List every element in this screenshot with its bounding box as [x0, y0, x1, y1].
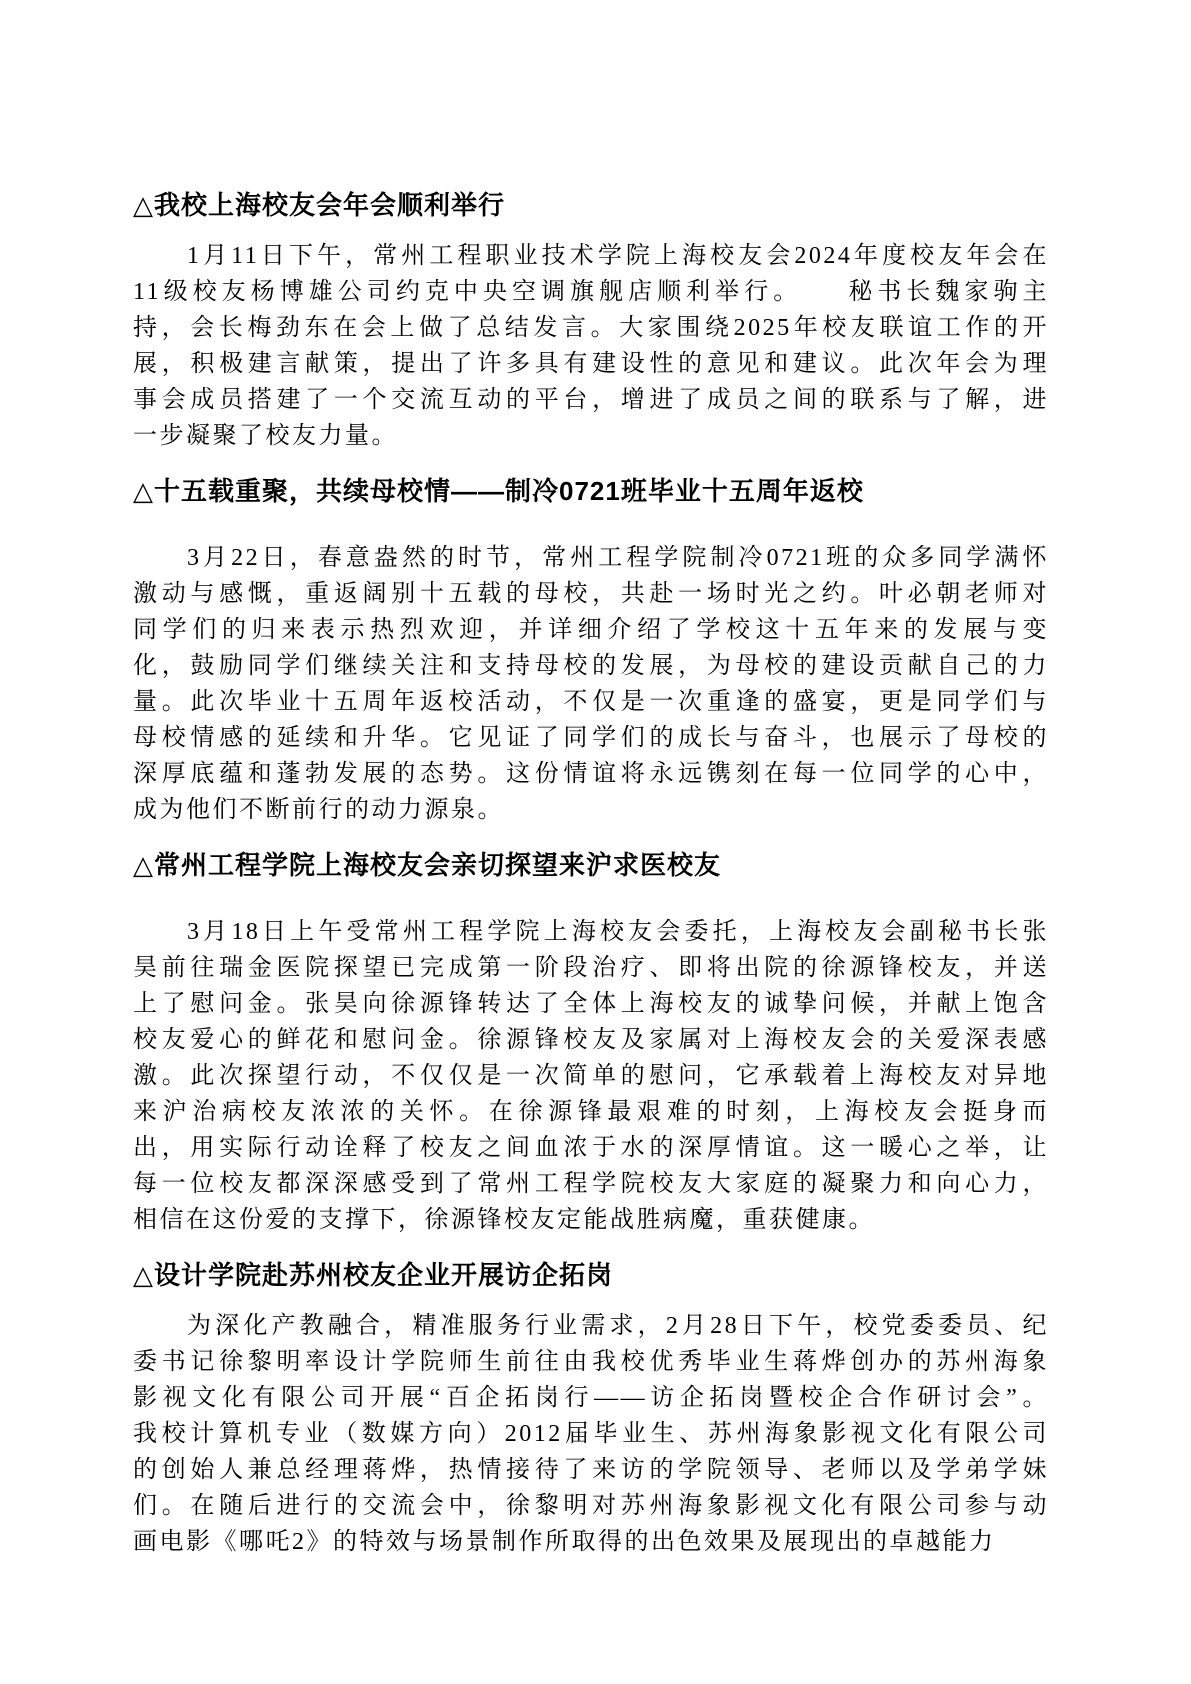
text-line: 3月22日，春意盎然的时节，常州工程学院制冷0721班的众多同学满怀: [133, 540, 1049, 576]
text-line: 画电影《哪吒2》的特效与场景制作所取得的出色效果及展现出的卓越能力: [133, 1524, 1049, 1560]
text-line: 3月18日上午受常州工程学院上海校友会委托，上海校友会副秘书长张: [133, 914, 1049, 950]
section-heading: △常州工程学院上海校友会亲切探望来沪求医校友: [133, 846, 1049, 884]
text-line: 昊前往瑞金医院探望已完成第一阶段治疗、即将出院的徐源锋校友，并送: [133, 950, 1049, 986]
text-line: 每一位校友都深深感受到了常州工程学院校友大家庭的凝聚力和向心力，: [133, 1166, 1049, 1202]
paragraph: 3月22日，春意盎然的时节，常州工程学院制冷0721班的众多同学满怀激动与感慨，…: [133, 540, 1049, 828]
section-heading: △十五载重聚，共续母校情——制冷0721班毕业十五周年返校: [133, 472, 1049, 510]
text-line: 深厚底蕴和蓬勃发展的态势。这份情谊将永远镌刻在每一位同学的心中，: [133, 756, 1049, 792]
text-line: 持，会长梅劲东在会上做了总结发言。大家围绕2025年校友联谊工作的开: [133, 310, 1049, 346]
section-heading: △设计学院赴苏州校友企业开展访企拓岗: [133, 1256, 1049, 1294]
text-line: 化，鼓励同学们继续关注和支持母校的发展，为母校的建设贡献自己的力: [133, 648, 1049, 684]
text-line: 我校计算机专业（数媒方向）2012届毕业生、苏州海象影视文化有限公司: [133, 1416, 1049, 1452]
text-line: 委书记徐黎明率设计学院师生前往由我校优秀毕业生蒋烨创办的苏州海象: [133, 1344, 1049, 1380]
paragraph: 3月18日上午受常州工程学院上海校友会委托，上海校友会副秘书长张昊前往瑞金医院探…: [133, 914, 1049, 1238]
text-line: 上了慰问金。张昊向徐源锋转达了全体上海校友的诚挚问候，并献上饱含: [133, 986, 1049, 1022]
text-line: 激。此次探望行动，不仅仅是一次简单的慰问，它承载着上海校友对异地: [133, 1058, 1049, 1094]
text-line: 母校情感的延续和升华。它见证了同学们的成长与奋斗，也展示了母校的: [133, 720, 1049, 756]
section-heading: △我校上海校友会年会顺利举行: [133, 186, 1049, 224]
text-line: 相信在这份爱的支撑下，徐源锋校友定能战胜病魔，重获健康。: [133, 1202, 1049, 1238]
text-line: 们。在随后进行的交流会中，徐黎明对苏州海象影视文化有限公司参与动: [133, 1488, 1049, 1524]
text-line: 成为他们不断前行的动力源泉。: [133, 792, 1049, 828]
paragraph: 为深化产教融合，精准服务行业需求，2月28日下午，校党委委员、纪委书记徐黎明率设…: [133, 1308, 1049, 1560]
paragraph: 1月11日下午，常州工程职业技术学院上海校友会2024年度校友年会在11级校友杨…: [133, 238, 1049, 454]
text-line: 事会成员搭建了一个交流互动的平台，增进了成员之间的联系与了解，进: [133, 382, 1049, 418]
text-line: 的创始人兼总经理蒋烨，热情接待了来访的学院领导、老师以及学弟学妹: [133, 1452, 1049, 1488]
text-line: 出，用实际行动诠释了校友之间血浓于水的深厚情谊。这一暖心之举，让: [133, 1130, 1049, 1166]
text-line: 一步凝聚了校友力量。: [133, 418, 1049, 454]
section-design-school-suzhou-visit: △设计学院赴苏州校友企业开展访企拓岗 为深化产教融合，精准服务行业需求，2月28…: [133, 1256, 1049, 1560]
text-line: 校友爱心的鲜花和慰问金。徐源锋校友及家属对上海校友会的关爱深表感: [133, 1022, 1049, 1058]
section-class-0721-reunion: △十五载重聚，共续母校情——制冷0721班毕业十五周年返校 3月22日，春意盎然…: [133, 472, 1049, 828]
document-page: △我校上海校友会年会顺利举行 1月11日下午，常州工程职业技术学院上海校友会20…: [0, 0, 1191, 1684]
section-visit-sick-alumnus: △常州工程学院上海校友会亲切探望来沪求医校友 3月18日上午受常州工程学院上海校…: [133, 846, 1049, 1238]
text-line: 量。此次毕业十五周年返校活动，不仅是一次重逢的盛宴，更是同学们与: [133, 684, 1049, 720]
text-line: 来沪治病校友浓浓的关怀。在徐源锋最艰难的时刻，上海校友会挺身而: [133, 1094, 1049, 1130]
document-content: △我校上海校友会年会顺利举行 1月11日下午，常州工程职业技术学院上海校友会20…: [133, 186, 1049, 1560]
section-shanghai-alumni-annual-meeting: △我校上海校友会年会顺利举行 1月11日下午，常州工程职业技术学院上海校友会20…: [133, 186, 1049, 454]
text-line: 影视文化有限公司开展“百企拓岗行——访企拓岗暨校企合作研讨会”。: [133, 1380, 1049, 1416]
text-line: 激动与感慨，重返阔别十五载的母校，共赴一场时光之约。叶必朝老师对: [133, 576, 1049, 612]
text-line: 展，积极建言献策，提出了许多具有建设性的意见和建议。此次年会为理: [133, 346, 1049, 382]
text-line: 同学们的归来表示热烈欢迎，并详细介绍了学校这十五年来的发展与变: [133, 612, 1049, 648]
text-line: 1月11日下午，常州工程职业技术学院上海校友会2024年度校友年会在: [133, 238, 1049, 274]
text-line: 11级校友杨博雄公司约克中央空调旗舰店顺利举行。 秘书长魏家驹主: [133, 274, 1049, 310]
text-line: 为深化产教融合，精准服务行业需求，2月28日下午，校党委委员、纪: [133, 1308, 1049, 1344]
